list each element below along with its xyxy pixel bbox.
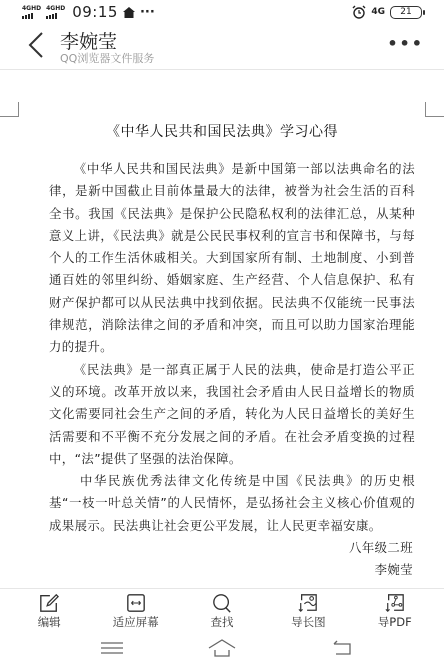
header-subtitle: QQ浏览器文件服务	[60, 50, 154, 66]
page-corner-mark	[425, 102, 444, 117]
menu-icon[interactable]	[97, 638, 127, 658]
clock: 09:15	[72, 3, 118, 21]
status-bar: 4GHD 4GHD 09:15 ··· 4G 21	[0, 0, 444, 24]
signature-class: 八年级二班	[49, 537, 415, 559]
tool-label: 查找	[210, 614, 233, 630]
battery-icon: 21	[390, 6, 422, 19]
tool-label: 适应屏幕	[113, 614, 159, 630]
paragraph: 中华民族优秀法律文化传统是中国《民法典》的历史根基“一枝一叶总关情”的人民情怀，…	[49, 470, 415, 537]
network-type: 4G	[371, 7, 385, 17]
back-arrow-icon[interactable]	[26, 30, 46, 60]
more-options-button[interactable]: •••	[387, 34, 424, 53]
export-long-image-button[interactable]: 导长图	[268, 589, 348, 630]
home-icon[interactable]	[207, 638, 237, 658]
app-header: 李婉莹 QQ浏览器文件服务 •••	[0, 24, 444, 70]
paragraph: 《民法典》是一部真正属于人民的法典，使命是打造公平正义的环境。改革开放以来，我国…	[49, 359, 415, 470]
bottom-toolbar: 编辑 适应屏幕 查找 导长图 导PDF	[0, 588, 444, 630]
search-icon	[209, 593, 235, 613]
more-notifications: ···	[140, 5, 155, 20]
edit-icon	[36, 593, 62, 613]
export-pdf-button[interactable]: 导PDF	[355, 589, 435, 630]
paragraph: 《中华人民共和国民法典》是新中国第一部以法典命名的法律，是新中国截止目前体量最大…	[49, 158, 415, 359]
search-button[interactable]: 查找	[182, 589, 262, 630]
document-viewer[interactable]: 《中华人民共和国民法典》学习心得 《中华人民共和国民法典》是新中国第一部以法典命…	[0, 70, 444, 590]
alarm-icon	[352, 5, 366, 19]
tool-label: 导PDF	[378, 614, 412, 630]
signal-icon: 4GHD	[46, 6, 65, 19]
signature-name: 李婉莹	[49, 559, 415, 581]
export-pdf-icon	[382, 593, 408, 613]
tool-label: 编辑	[38, 614, 61, 630]
status-right: 4G 21	[352, 5, 422, 19]
home-notification-icon	[123, 7, 135, 18]
edit-button[interactable]: 编辑	[9, 589, 89, 630]
fit-screen-button[interactable]: 适应屏幕	[96, 589, 176, 630]
signal-label: 4GHD	[22, 6, 41, 12]
fit-screen-icon	[123, 593, 149, 613]
signal-icon: 4GHD	[22, 6, 41, 19]
signal-label: 4GHD	[46, 6, 65, 12]
document-body: 《中华人民共和国民法典》是新中国第一部以法典命名的法律，是新中国截止目前体量最大…	[49, 158, 415, 582]
back-icon[interactable]	[328, 638, 358, 658]
status-left: 4GHD 4GHD 09:15 ···	[22, 3, 155, 21]
page-corner-mark	[0, 102, 19, 117]
tool-label: 导长图	[291, 614, 326, 630]
system-navigation-bar	[0, 630, 444, 666]
document-title: 《中华人民共和国民法典》学习心得	[0, 121, 444, 141]
export-image-icon	[295, 593, 321, 613]
